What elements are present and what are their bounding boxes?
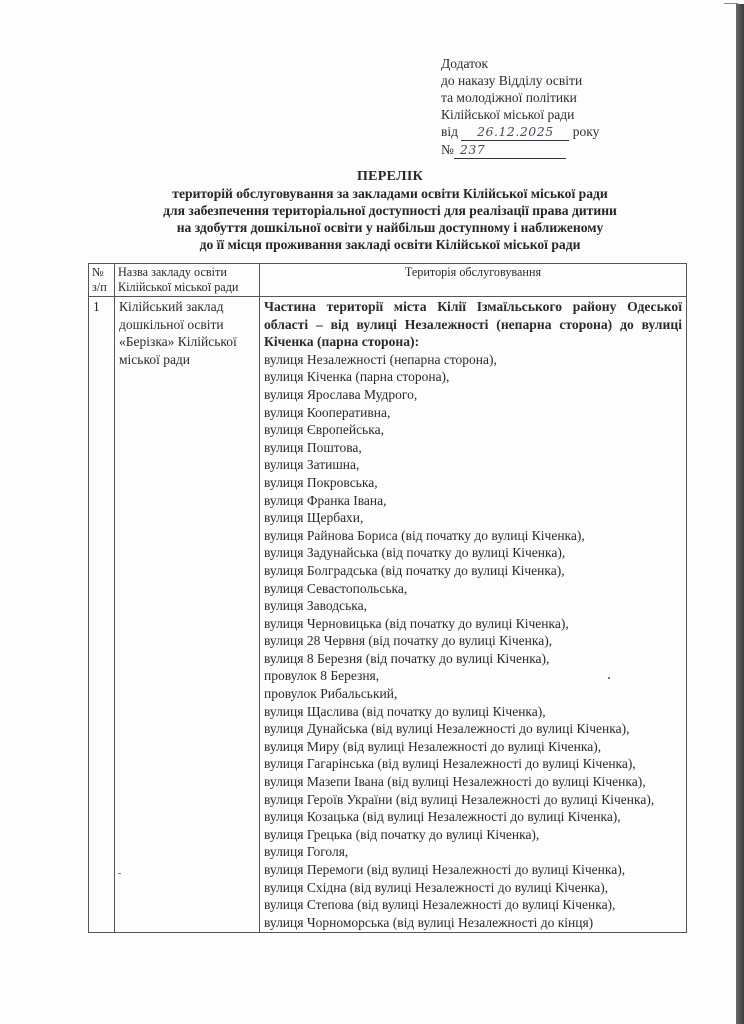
title-line: територій обслуговування за закладами ос… bbox=[100, 185, 680, 202]
date-prefix: від bbox=[441, 124, 458, 139]
title-line: на здобуття дошкільної освіти у найбільш… bbox=[100, 219, 680, 236]
street-item: вулиця Європейська, bbox=[264, 421, 682, 439]
handwritten-number: 237 bbox=[454, 141, 566, 159]
header-institution-name: Назва закладу освіти Кілійської міської … bbox=[115, 264, 260, 297]
street-item: вулиця Східна (від вулиці Незалежності д… bbox=[264, 879, 682, 897]
table-row: 1 Кілійський заклад дошкільної освіти «Б… bbox=[89, 297, 687, 933]
street-item: вулиця Черновицька (від початку до вулиц… bbox=[264, 615, 682, 633]
addendum-line: до наказу Відділу освіти bbox=[441, 72, 599, 89]
document-title: ПЕРЕЛІК bbox=[100, 168, 680, 185]
street-item: вулиця Незалежності (непарна сторона), bbox=[264, 351, 682, 369]
street-item: вулиця Дунайська (від вулиці Незалежност… bbox=[264, 720, 682, 738]
handwritten-date: 26.12.2025 bbox=[461, 123, 569, 141]
street-item: вулиця Кіченка (парна сторона), bbox=[264, 368, 682, 386]
street-item: вулиця Затишна, bbox=[264, 456, 682, 474]
street-item: вулиця Миру (від вулиці Незалежності до … bbox=[264, 738, 682, 756]
street-list: вулиця Незалежності (непарна сторона),ву… bbox=[264, 351, 682, 932]
street-item: вулиця Щербахи, bbox=[264, 509, 682, 527]
header-number: № з/п bbox=[89, 264, 115, 297]
street-item: вулиця Грецька (від початку до вулиці Кі… bbox=[264, 826, 682, 844]
date-suffix: року bbox=[573, 124, 600, 139]
street-item: вулиця Поштова, bbox=[264, 439, 682, 457]
addendum-number-line: №237 bbox=[441, 141, 599, 159]
street-item: вулиця Ярослава Мудрого, bbox=[264, 386, 682, 404]
document-title-block: ПЕРЕЛІК територій обслуговування за закл… bbox=[100, 168, 680, 253]
street-item: вулиця Щаслива (від початку до вулиці Кі… bbox=[264, 703, 682, 721]
street-item: вулиця Райнова Бориса (від початку до ву… bbox=[264, 527, 682, 545]
scan-speck bbox=[608, 677, 610, 679]
street-item: вулиця Кооперативна, bbox=[264, 404, 682, 422]
institution-name: Кілійський заклад дошкільної освіти «Бер… bbox=[115, 297, 260, 933]
street-item: вулиця Степова (від вулиці Незалежності … bbox=[264, 896, 682, 914]
street-item: вулиця Покровська, bbox=[264, 474, 682, 492]
street-item: вулиця Гагарінська (від вулиці Незалежно… bbox=[264, 755, 682, 773]
street-item: вулиця Чорноморська (від вулиці Незалежн… bbox=[264, 914, 682, 932]
territory-cell: Частина території міста Кілії Ізмаїльськ… bbox=[260, 297, 687, 933]
addendum-block: Додаток до наказу Відділу освіти та моло… bbox=[441, 55, 599, 159]
street-item: вулиця Заводська, bbox=[264, 597, 682, 615]
title-line: для забезпечення територіальної доступно… bbox=[100, 202, 680, 219]
street-item: вулиця Героїв України (від вулиці Незале… bbox=[264, 791, 682, 809]
row-number: 1 bbox=[89, 297, 115, 933]
street-item: вулиця Мазепи Івана (від вулиці Незалежн… bbox=[264, 773, 682, 791]
street-item: провулок 8 Березня, bbox=[264, 667, 682, 685]
street-item: вулиця Козацька (від вулиці Незалежності… bbox=[264, 808, 682, 826]
number-prefix: № bbox=[441, 142, 454, 157]
addendum-line: Додаток bbox=[441, 55, 599, 72]
title-line: до її місця проживання закладі освіти Кі… bbox=[100, 236, 680, 253]
addendum-line: Кілійської міської ради bbox=[441, 106, 599, 123]
territory-table: № з/п Назва закладу освіти Кілійської мі… bbox=[88, 263, 687, 933]
scan-speck bbox=[118, 873, 121, 874]
street-item: вулиця 28 Червня (від початку до вулиці … bbox=[264, 632, 682, 650]
table-header-row: № з/п Назва закладу освіти Кілійської мі… bbox=[89, 264, 687, 297]
header-territory: Територія обслуговування bbox=[260, 264, 687, 297]
street-item: вулиця Гоголя, bbox=[264, 843, 682, 861]
territory-header: Частина території міста Кілії Ізмаїльськ… bbox=[264, 298, 682, 351]
addendum-line: та молодіжної політики bbox=[441, 89, 599, 106]
street-item: вулиця Франка Івана, bbox=[264, 492, 682, 510]
street-item: провулок Рибальський, bbox=[264, 685, 682, 703]
street-item: вулиця Перемоги (від вулиці Незалежності… bbox=[264, 861, 682, 879]
street-item: вулиця 8 Березня (від початку до вулиці … bbox=[264, 650, 682, 668]
scan-edge bbox=[736, 4, 744, 1024]
addendum-date-line: від 26.12.2025 року bbox=[441, 123, 599, 141]
street-item: вулиця Болградська (від початку до вулиц… bbox=[264, 562, 682, 580]
street-item: вулиця Севастопольська, bbox=[264, 580, 682, 598]
street-item: вулиця Задунайська (від початку до вулиц… bbox=[264, 544, 682, 562]
